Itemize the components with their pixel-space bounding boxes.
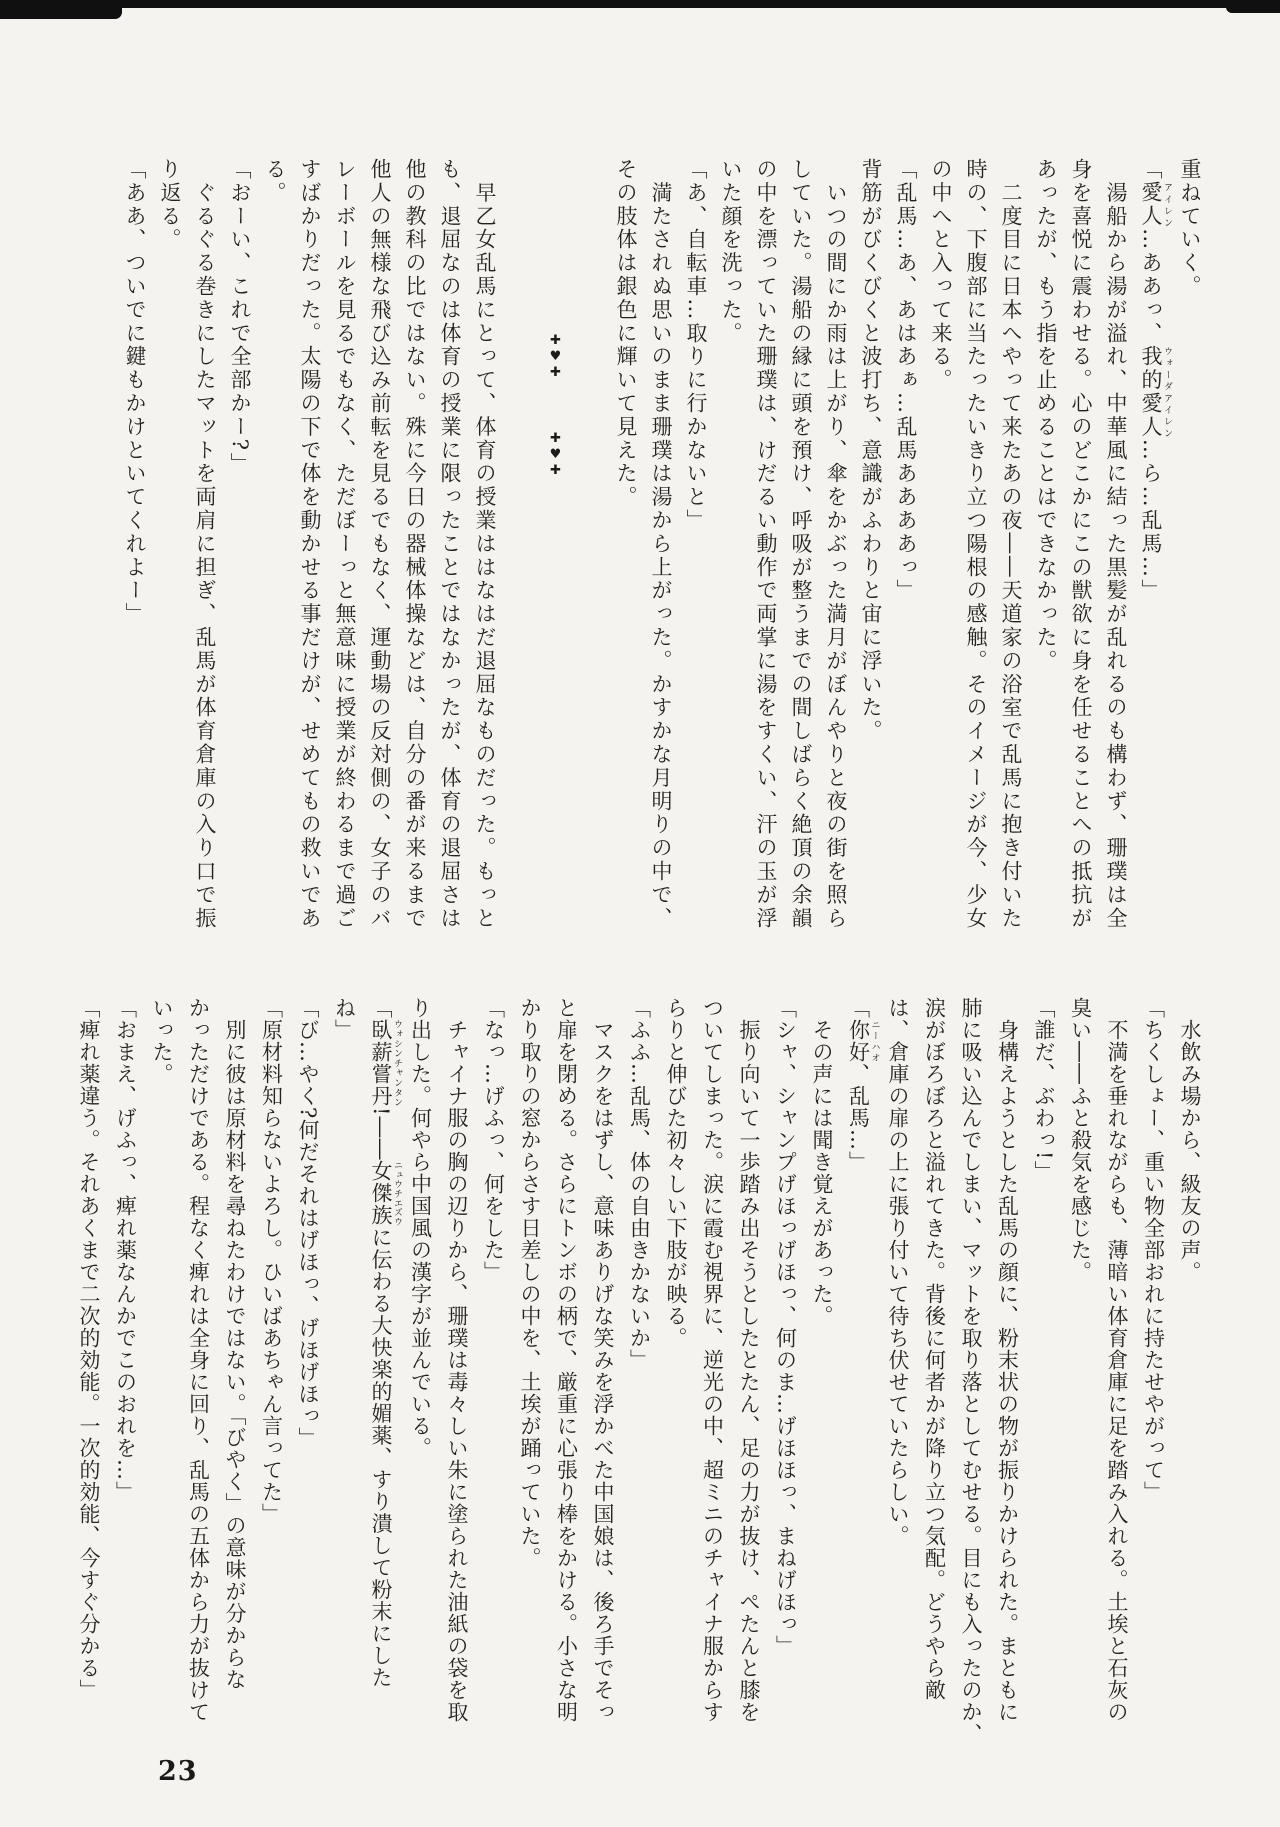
text-column: 「おーい、これで全部かー?」 <box>222 158 257 963</box>
text-column: 他人の無様な飛び込み前転を見るでもなく、運動場の反対側の、女子のバ <box>362 158 397 963</box>
scan-edge-top <box>0 0 1280 8</box>
text-column: チャイナ服の胸の辺りから、珊璞は毒々しい朱に塗られた油紙の袋を取 <box>439 997 476 1752</box>
text-column: ぐるぐる巻きにしたマットを両肩に担ぎ、乱馬が体育倉庫の入り口で振 <box>187 158 222 963</box>
text-column: すばかりだった。太陽の下で体を動かせる事だけが、せめてもの救いであ <box>292 158 327 963</box>
text-column: らりと伸びた初々しい下肢が映る。 <box>658 997 695 1752</box>
text-column: の中へと入って来る。 <box>923 158 958 963</box>
text-column: 「原材料知らないよろし。ひいばあちゃん言ってた」 <box>253 997 290 1752</box>
text-column: 身構えようとした乱馬の顔に、粉末状の物が振りかけられた。まともに <box>989 997 1026 1752</box>
text-column: いった。 <box>144 997 181 1752</box>
text-column: り返る。 <box>152 158 187 963</box>
text-column: かり取りの窓からさす日差しの中を、土埃が踊っていた。 <box>512 997 549 1752</box>
text-column: マスクをはずし、意味ありげな笑みを浮かべた中国娘は、後ろ手でそっ <box>585 997 622 1752</box>
section-break-ornament: ✚♥✚✚♥✚ <box>502 158 608 963</box>
text-column: 「シャ、シャンプげほっげほっ、何のま…げほほっ、まねげほっ」 <box>767 997 804 1752</box>
text-column: レーボールを見るでもなく、ただぼーっと無意味に授業が終わるまで過ご <box>327 158 362 963</box>
text-column: 「ふふ…乱馬、体の自由きかないか」 <box>621 997 658 1752</box>
text-column: も、退屈なのは体育の授業に限ったことではなかったが、体育の退屈さは <box>432 158 467 963</box>
text-column: 涙がぼろぼろと溢れてきた。背後に何者かが降り立つ気配。どうやら敵 <box>916 997 953 1752</box>
text-column: 背筋がびくびくと波打ち、意識がふわりと宙に浮いた。 <box>853 158 888 963</box>
text-column: ね」 <box>326 997 363 1752</box>
text-column: 湯船から湯が溢れ、中華風に結った黒髪が乱れるのも構わず、珊璞は全 <box>1098 158 1133 963</box>
text-column: 「び…やく?何だそれはげほっ、げほげほっ」 <box>290 997 327 1752</box>
text-column: ついてしまった。涙に霞む視界に、逆光の中、超ミニのチャイナ服からす <box>694 997 731 1752</box>
scan-edge-top-right <box>1226 0 1280 13</box>
text-column: その肢体は銀色に輝いて見えた。 <box>608 158 643 963</box>
text-block-bottom: 水飲み場から、級友の声。「ちくしょー、重い物全部おれに持たせやがって」 不満を垂… <box>71 997 1209 1752</box>
text-column: は、倉庫の扉の上に張り付いて待ち伏せていたらしい。 <box>880 997 917 1752</box>
text-column: その声には聞き覚えがあった。 <box>804 997 841 1752</box>
text-column: 振り向いて一歩踏み出そうとしたとたん、足の力が抜け、ぺたんと膝を <box>731 997 768 1752</box>
text-column: 重ねていく。 <box>1172 158 1207 963</box>
page-number: 23 <box>158 1756 198 1787</box>
text-block-top: 重ねていく。「愛人アイレン…ああっ、我的ウォーダ愛人アイレン…ら…乱馬…」 湯船… <box>117 158 1207 963</box>
text-column: いた顔を洗った。 <box>713 158 748 963</box>
text-column: していた。湯船の縁に頭を預け、呼吸が整うまでの間しばらく絶頂の余韻 <box>783 158 818 963</box>
text-column: と扉を閉める。さらにトンボの柄で、厳重に心張り棒をかける。小さな明 <box>548 997 585 1752</box>
text-column: 肺に吸い込んでしまい、マットを取り落としてむせる。目にも入ったのか、 <box>953 997 990 1752</box>
text-column: 身を喜悦に震わせる。心のどこかにこの獣欲に身を任せることへの抵抗が <box>1063 158 1098 963</box>
scan-edge-top-left <box>0 0 122 19</box>
text-column: 「乱馬…あ、あはあぁ…乱馬ああああっ」 <box>888 158 923 963</box>
text-column: る。 <box>257 158 292 963</box>
text-column: 「ああ、ついでに鍵もかけといてくれよー」 <box>117 158 152 963</box>
text-column: いつの間にか雨は上がり、傘をかぶった満月がぼんやりと夜の街を照ら <box>818 158 853 963</box>
text-column: 「あ、自転車…取りに行かないと」 <box>678 158 713 963</box>
text-column: 「痺れ薬違う。それあくまで二次的効能。一次的効能、今すぐ分かる」 <box>71 997 108 1752</box>
text-column: 「なっ…げふっ、何をした」 <box>475 997 512 1752</box>
text-column: 水飲み場から、級友の声。 <box>1172 997 1209 1752</box>
text-column: り出した。何やら中国風の漢字が並んでいる。 <box>402 997 439 1752</box>
text-column: 満たされぬ思いのまま珊璞は湯から上がった。かすかな月明りの中で、 <box>643 158 678 963</box>
text-column: 「愛人アイレン…ああっ、我的ウォーダ愛人アイレン…ら…乱馬…」 <box>1133 158 1172 963</box>
text-column: 別に彼は原材料を尋ねたわけではない。「びやく」の意味が分からな <box>217 997 254 1752</box>
text-column: の中を漂っていた珊璞は、けだるい動作で両掌に湯をすくい、汗の玉が浮 <box>748 158 783 963</box>
text-column: 時の、下腹部に当たったいきり立つ陽根の感触。そのイメージが今、少女 <box>958 158 993 963</box>
text-column: かっただけである。程なく痺れは全身に回り、乱馬の五体から力が抜けて <box>180 997 217 1752</box>
doujinshi-page: 重ねていく。「愛人アイレン…ああっ、我的ウォーダ愛人アイレン…ら…乱馬…」 湯船… <box>0 0 1280 1827</box>
text-column: 「おまえ、げふっ、痺れ薬なんかでこのおれを…」 <box>107 997 144 1752</box>
text-column: 二度目に日本へやって来たあの夜――天道家の浴室で乱馬に抱き付いた <box>993 158 1028 963</box>
text-column: 「你好ニーハオ、乱馬…」 <box>840 997 880 1752</box>
text-column: 「臥薪嘗丹ウォシンチャンタン!――女傑族ニュウチエズウに伝わる大快楽的媚薬、すり… <box>363 997 403 1752</box>
text-column: 臭い――ふと殺気を感じた。 <box>1062 997 1099 1752</box>
text-column: 「ちくしょー、重い物全部おれに持たせやがって」 <box>1135 997 1172 1752</box>
ornament-icon: ✚♥✚ <box>548 333 563 381</box>
text-column: あったが、もう指を止めることはできなかった。 <box>1028 158 1063 963</box>
ornament-icon: ✚♥✚ <box>548 431 563 479</box>
text-column: 他の教科の比ではない。殊に今日の器械体操などは、自分の番が来るまで <box>397 158 432 963</box>
text-column: 早乙女乱馬にとって、体育の授業ははなはだ退屈なものだった。もっと <box>467 158 502 963</box>
text-column: 「誰だ、ぶわっ!」 <box>1026 997 1063 1752</box>
text-column: 不満を垂れながらも、薄暗い体育倉庫に足を踏み入れる。土埃と石灰の <box>1099 997 1136 1752</box>
